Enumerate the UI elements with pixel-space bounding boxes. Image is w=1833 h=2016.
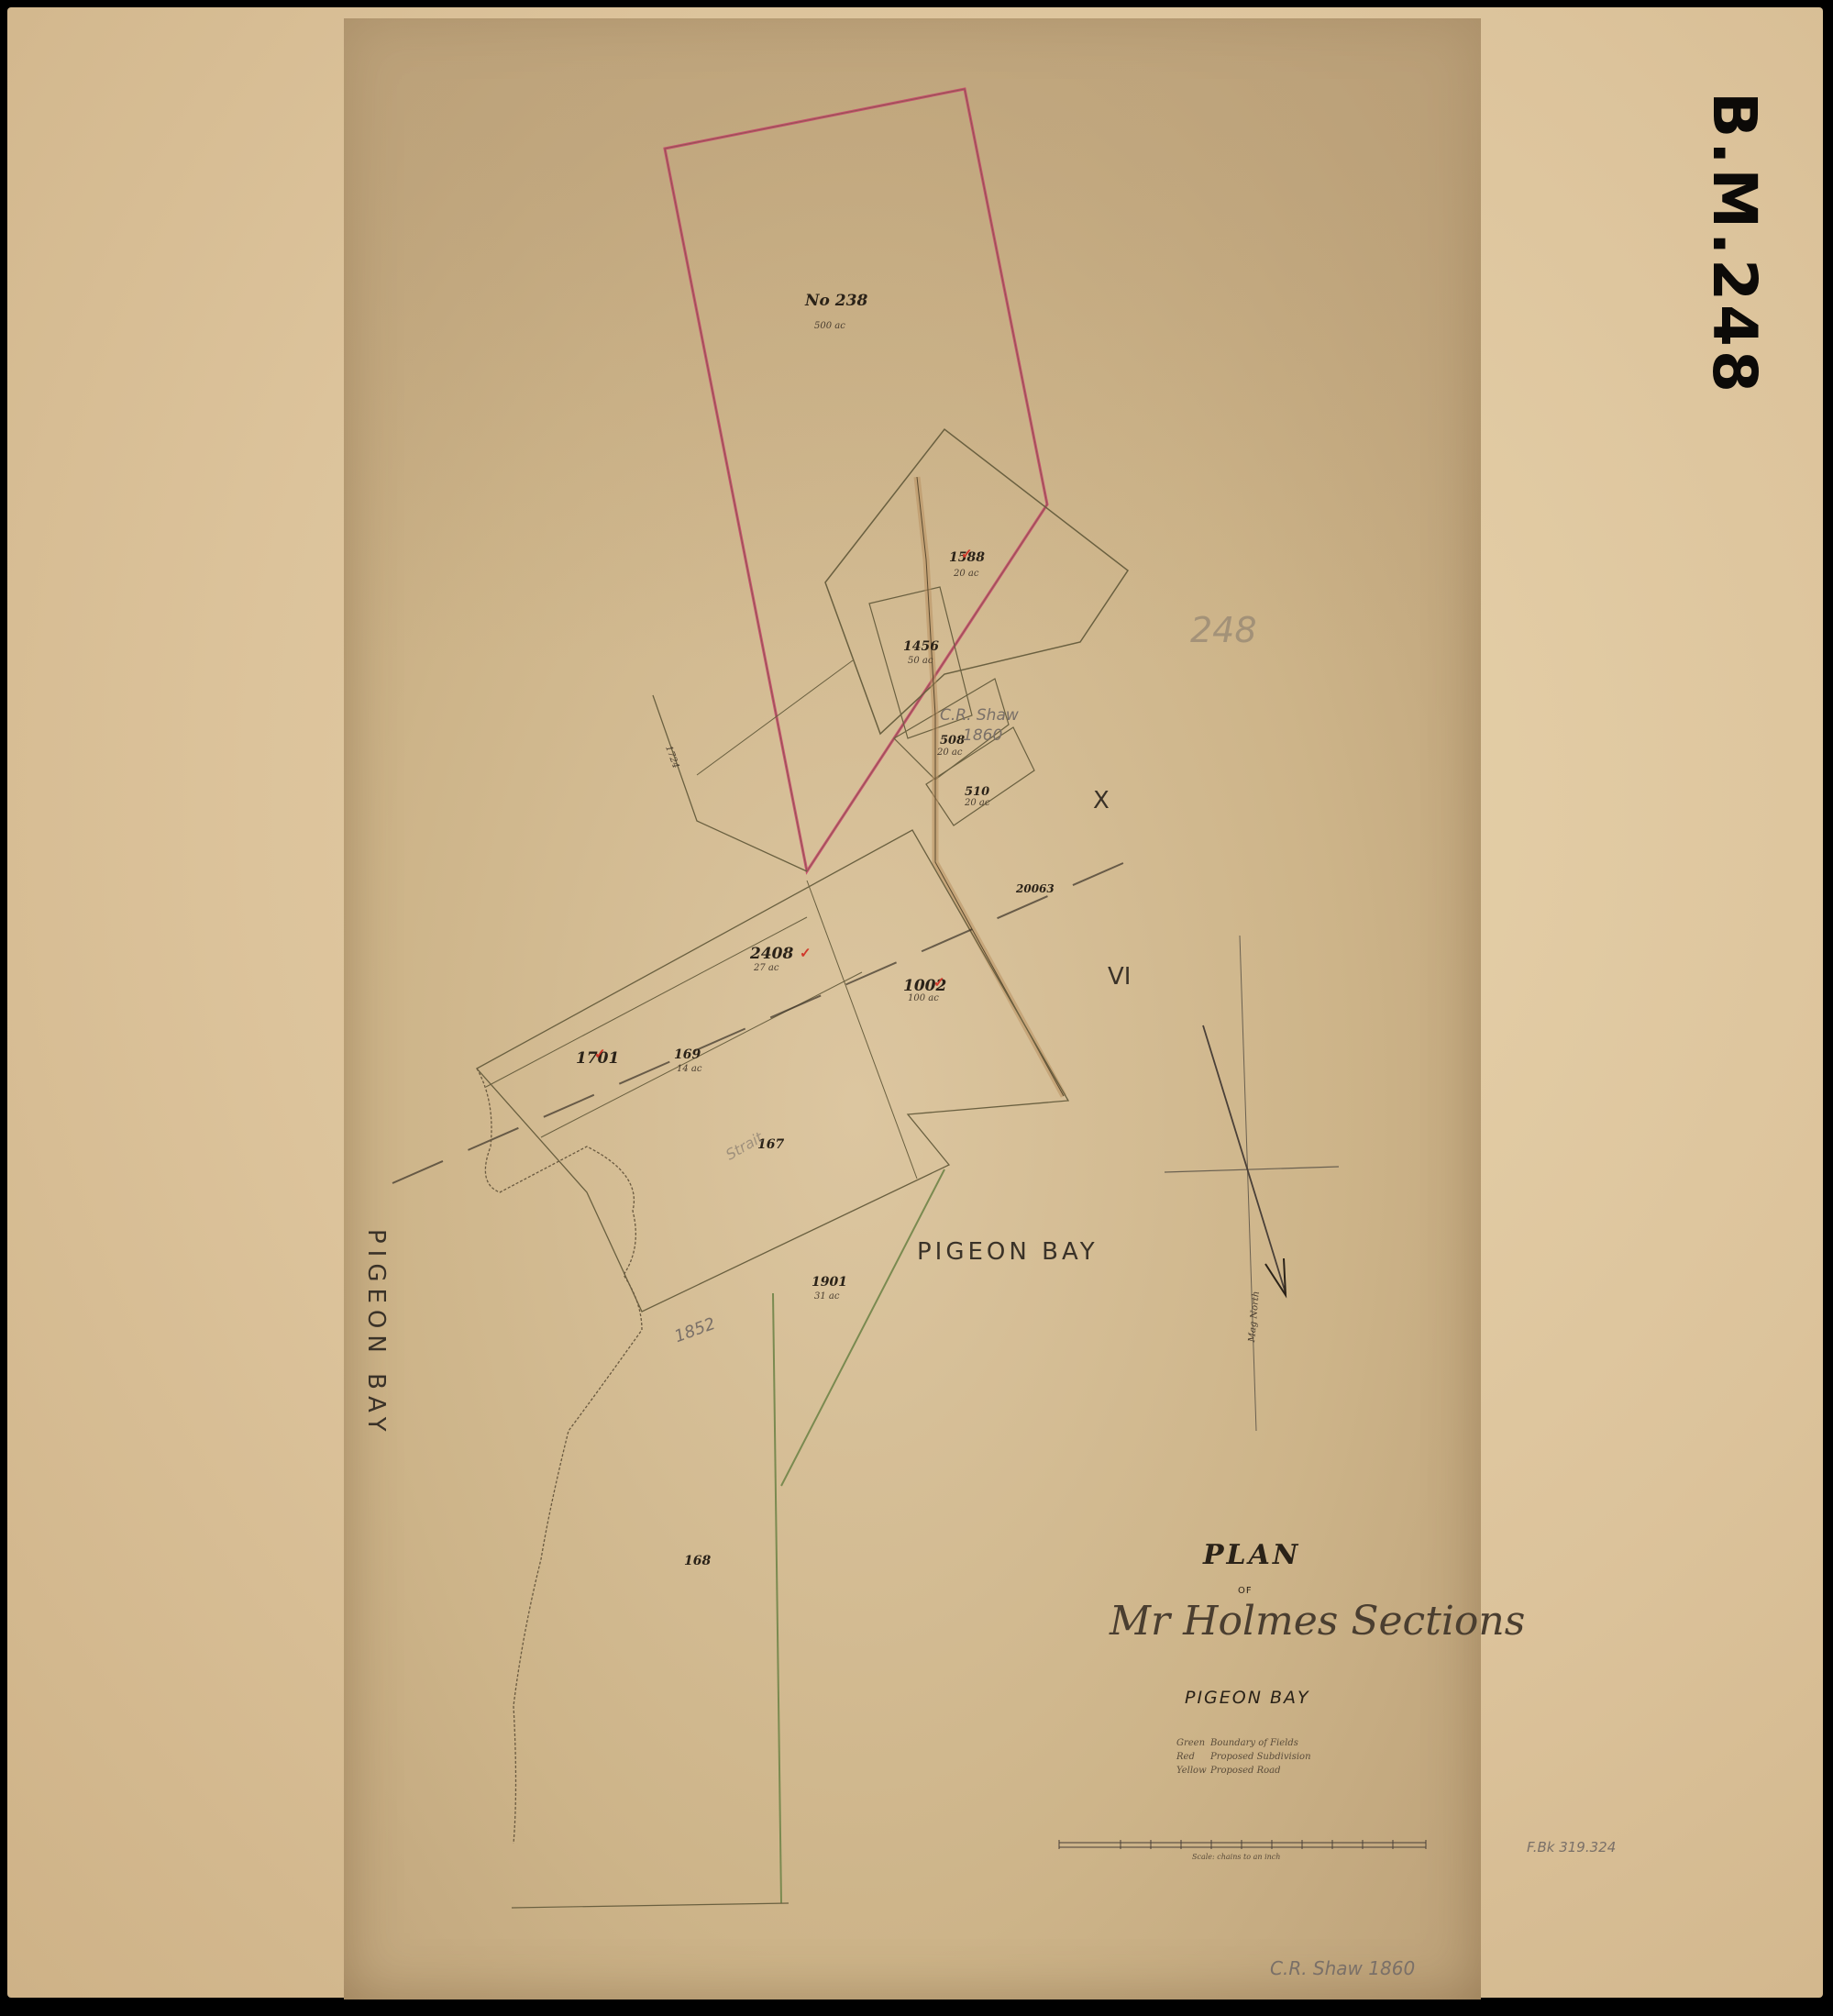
section-label-169: 169 [674, 1047, 701, 1062]
legend-value-green: Boundary of Fields [1210, 1738, 1298, 1748]
section-238-boundary [665, 89, 1047, 871]
scale-caption: Scale: chains to an inch [1192, 1853, 1280, 1861]
title-of: OF [1238, 1586, 1253, 1596]
survey-linework [0, 0, 1833, 2016]
legend-value-yellow: Proposed Road [1210, 1766, 1281, 1776]
legend-key-yellow: Yellow [1176, 1766, 1207, 1776]
section-label-1456: 1456 [903, 639, 939, 654]
check-mark-icon: ✓ [933, 974, 945, 991]
green-boundary-line [773, 1293, 781, 1903]
meridian-line [1240, 936, 1256, 1431]
legend-key-green: Green [1176, 1738, 1205, 1748]
place-label-pigeon-bay-vertical: PIGEON BAY [362, 1229, 390, 1438]
title-place: PIGEON BAY [1185, 1688, 1310, 1708]
place-label-pigeon-bay: PIGEON BAY [917, 1238, 1099, 1266]
section-acreage-1901: 31 ac [814, 1291, 839, 1302]
proposed-road [917, 477, 1064, 1096]
title-main: Mr Holmes Sections [1110, 1598, 1525, 1645]
coastline [477, 1069, 642, 1844]
section-acreage-510: 20 ac [965, 798, 989, 808]
section-acreage-508: 20 ac [937, 748, 962, 758]
scale-bar [1059, 1840, 1426, 1849]
legend-key-red: Red [1176, 1752, 1195, 1762]
north-arrow-head [1265, 1258, 1286, 1295]
legend-value-red: Proposed Subdivision [1210, 1752, 1311, 1762]
catalog-label: B.M.248 [1699, 92, 1770, 396]
pencil-note-surveyor: C.R. Shaw [940, 706, 1019, 725]
section-acreage-2408: 27 ac [754, 963, 778, 973]
district-boundary [392, 853, 1146, 1183]
pencil-note-surveyor-bottom: C.R. Shaw 1860 [1270, 1957, 1415, 1979]
pencil-note-248: 248 [1190, 610, 1257, 650]
section-acreage-1588: 20 ac [954, 569, 978, 579]
pencil-note-year: 1860 [963, 726, 1002, 745]
section-label-1901: 1901 [812, 1275, 847, 1290]
section-acreage-1456: 50 ac [908, 656, 933, 666]
district-label-x: X [1093, 787, 1110, 814]
check-mark-icon: ✓ [961, 546, 973, 562]
left-survey-line [653, 695, 807, 871]
section-acreage-238: 500 ac [814, 321, 845, 331]
section-1588-boundary [825, 429, 1128, 734]
title-plan: PLAN [1203, 1539, 1300, 1571]
cross-line [1165, 1167, 1339, 1172]
district-label-vi: VI [1108, 963, 1131, 991]
section-acreage-169: 14 ac [677, 1064, 701, 1074]
section-acreage-1002: 100 ac [908, 993, 939, 1003]
section-label-510: 510 [965, 785, 989, 799]
section-label-238: No 238 [805, 292, 867, 310]
check-mark-icon: ✓ [800, 945, 812, 961]
section-label-2408: 2408 [750, 945, 793, 963]
check-mark-icon: ✓ [594, 1046, 606, 1062]
section-label-508: 508 [940, 734, 965, 748]
section-label-168: 168 [684, 1554, 711, 1568]
section-label-20063: 20063 [1016, 882, 1055, 895]
pencil-note-ref: F.Bk 319.324 [1527, 1839, 1616, 1855]
